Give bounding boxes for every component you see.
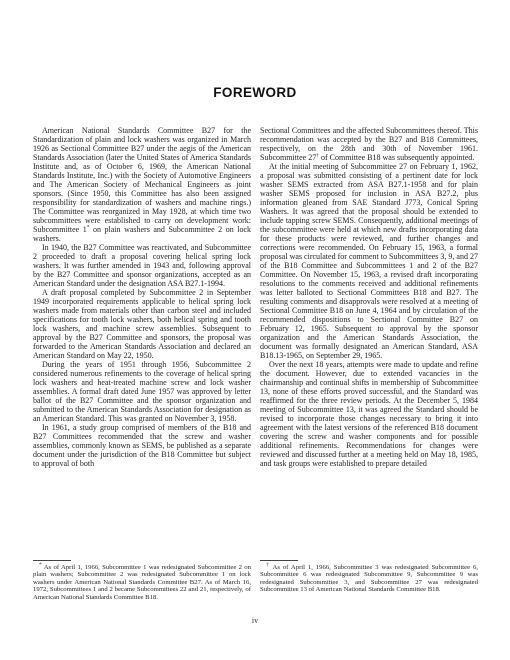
page-title: FOREWORD (0, 85, 510, 100)
right-footnote: † As of April 1, 1966, Subcommittee 3 wa… (260, 560, 478, 618)
paragraph: American National Standards Committee B2… (33, 126, 251, 243)
paragraph: In 1940, the B27 Committee was reactivat… (33, 243, 251, 288)
left-column: American National Standards Committee B2… (33, 126, 251, 618)
footnote-text: * As of April 1, 1966, Subcommittee 1 wa… (33, 564, 251, 602)
page-number: iv (0, 616, 510, 625)
paragraph: A draft proposal completed by Subcommitt… (33, 288, 251, 360)
paragraph: During the years of 1951 through 1956, S… (33, 360, 251, 423)
paragraph: Over the next 18 years, attempts were ma… (260, 360, 478, 468)
paragraph: In 1961, a study group comprised of memb… (33, 423, 251, 468)
footnote-text: † As of April 1, 1966, Subcommittee 3 wa… (260, 564, 478, 594)
left-footnote: * As of April 1, 1966, Subcommittee 1 wa… (33, 560, 251, 618)
document-page: FOREWORD American National Standards Com… (0, 0, 510, 660)
left-column-text: American National Standards Committee B2… (33, 126, 251, 468)
column-spacer (33, 468, 251, 560)
paragraph: At the initial meeting of Subcommittee 2… (260, 162, 478, 360)
right-column: Sectional Committees and the affected Su… (260, 126, 478, 618)
paragraph: Sectional Committees and the affected Su… (260, 126, 478, 162)
right-column-text: Sectional Committees and the affected Su… (260, 126, 478, 468)
two-column-text: American National Standards Committee B2… (33, 126, 478, 618)
column-spacer (260, 468, 478, 560)
